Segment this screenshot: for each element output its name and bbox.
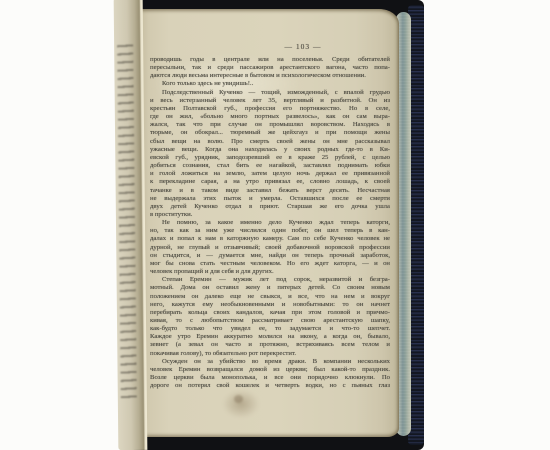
text-line: в проститутки. [150,211,390,219]
text-line: кивая, то с любопытством рассматривает с… [150,317,390,325]
text-line: дурной, не глупый и отзывчивый; своей до… [150,244,390,252]
text-line: сбыл вещи на волю. Про смерть своей жены… [150,138,390,146]
page-stain [223,390,259,418]
text-line: далах и попал к нам в каторжную камеру. … [150,235,390,243]
page-number: — 103 — [183,41,423,52]
text-line: даются люди весьма интересные в бытовом … [150,72,390,80]
text-line: тюрьме, он обокрал... тюремный же цейхга… [150,129,390,137]
text-line: покачивая голову), то обязательно рот пе… [150,350,390,358]
text-line: Возле церкви была монополька, и все они … [150,374,390,382]
text-line: человек Еремин возвращался домой из церк… [150,366,390,374]
text-line: Не помню, за какое именно дело Кученко ж… [150,219,390,227]
text-line: него, кажутся ему необыкновенными и ново… [150,301,390,309]
text-line: мог бы снова стать честным человеком. Но… [150,260,390,268]
text-line: тачанке и в таком виде заставил бежать в… [150,187,390,195]
text-line: крестьян Полтавской губ., профессия его … [150,105,390,113]
left-page-blurred-text [117,44,137,402]
left-page-edge [114,0,148,450]
text-line: зевнет (а зевал он часто и протяжно, вст… [150,341,390,349]
text-line: Каждое утро Еремин аккуратно молился на … [150,333,390,341]
text-line: Степан Еремин — мужик лет под сорок, нер… [150,276,390,284]
text-line: и весь истерзанный человек лет 35, вертл… [150,97,390,105]
text-line: Кого только здесь не увидишь!.. [150,80,390,88]
text-line: как-будто только что увидел ее, то задум… [150,325,390,333]
text-line: дороге он потерял свой кошелек и четверт… [150,382,390,390]
text-line: к перекладине сарая, а на утро привязал … [150,178,390,186]
text-line: проводишь годы в централе или на поселен… [150,56,390,64]
text-line: где он жил, «больно много портных развел… [150,113,390,121]
text-line: Осужден он за убийство во время драки. В… [150,358,390,366]
text-line: евской губ., урядник, заподозревший ее в… [150,154,390,162]
text-line: перебирать кольца своих кандалов, качая … [150,309,390,317]
text-line: двух детей Кученко отдал в приют. Старша… [150,203,390,211]
text-line: и голой ложиться на землю, затем целую н… [150,170,390,178]
text-line: ужасные вещи. Когда она находилась у сво… [150,146,390,154]
text-line: жался, так что при случае он промышлял в… [150,121,390,129]
text-line: не выдержала этих пыток и умерла. Оставш… [150,195,390,203]
text-line: человек пропащий и для себя и для других… [150,268,390,276]
text-line: но, так как за ним уже числился один поб… [150,227,390,235]
text-block: проводишь годы в централе или на поселен… [150,56,390,390]
text-line: мотный. Дома он оставил жену и пятерых д… [150,284,390,292]
text-line: добиться сознания, стал бить ее нагайкой… [150,162,390,170]
text-line: Подследственный Кученко — тощий, изможде… [150,89,390,97]
text-line: пересыльни, так и среди пассажиров арест… [150,64,390,72]
text-line: он стыдится, и — думается мне, найди он … [150,252,390,260]
page-stain-core [234,395,243,403]
text-line: положением он далеко еще не свыкся, и вс… [150,293,390,301]
book-photo: — 103 — проводишь годы в централе или на… [0,0,550,450]
